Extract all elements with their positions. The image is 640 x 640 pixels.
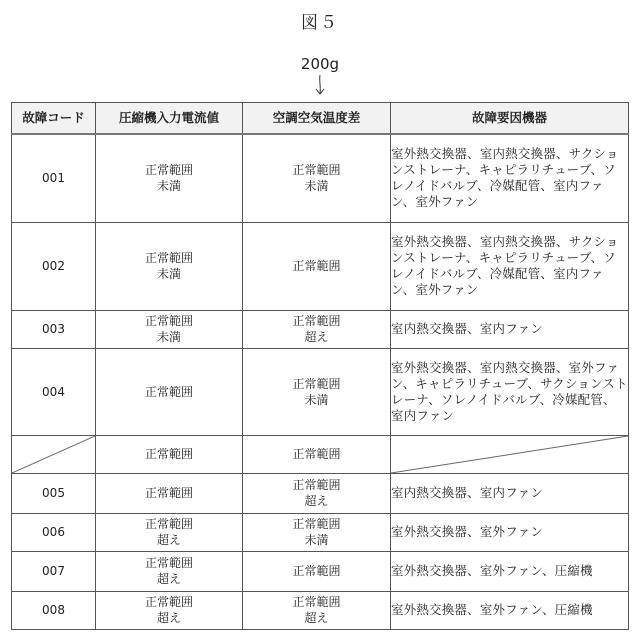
current-value: 正常範囲 [96,384,242,400]
temp-value: 正常範囲 [243,162,390,178]
fault-code-cell: 008 [12,591,96,629]
temp-value: 正常範囲 [243,258,390,274]
down-arrow-icon [313,74,327,96]
temp-cell: 正常範囲 超え [243,591,391,629]
temp-qualifier: 未満 [243,178,390,194]
fault-code-cell: 006 [12,513,96,551]
current-value: 正常範囲 [96,594,242,610]
fault-table: 故障コード 圧縮機入力電流値 空調空気温度差 故障要因機器 001 正常範囲 未… [11,102,629,630]
fault-code-cell: 007 [12,551,96,591]
temp-cell: 正常範囲 未満 [243,348,391,435]
temp-value: 正常範囲 [243,313,390,329]
temp-cell: 正常範囲 [243,222,391,310]
current-value: 正常範囲 [96,313,242,329]
temp-qualifier: 未満 [243,392,390,408]
diagonal-strike-line [391,436,628,473]
current-qualifier: 未満 [96,266,242,282]
current-qualifier: 超え [96,610,242,626]
temp-cell: 正常範囲 超え [243,310,391,348]
temp-cell: 正常範囲 超え [243,473,391,513]
table-row: 004 正常範囲 正常範囲 未満 室外熱交換器、室内熱交換器、室外ファン、キャピ… [12,348,629,435]
temp-qualifier: 超え [243,329,390,345]
temp-qualifier: 未満 [243,532,390,548]
fault-code-cell: 004 [12,348,96,435]
devices-cell: 室外熱交換器、室内熱交換器、サクションストレーナ、キャピラリチューブ、ソレノイド… [391,134,629,222]
temp-qualifier: 超え [243,493,390,509]
current-value: 正常範囲 [96,516,242,532]
reference-label: 200g [0,55,640,73]
table-header-row: 故障コード 圧縮機入力電流値 空調空気温度差 故障要因機器 [12,103,629,135]
current-cell: 正常範囲 未満 [96,310,243,348]
empty-devices-cell [391,435,629,473]
current-value: 正常範囲 [96,555,242,571]
current-cell: 正常範囲 超え [96,551,243,591]
header-compressor-current: 圧縮機入力電流値 [96,103,243,135]
temp-value: 正常範囲 [243,516,390,532]
figure-title: 図５ [0,8,640,33]
temp-value: 正常範囲 [243,477,390,493]
current-qualifier: 未満 [96,178,242,194]
current-value: 正常範囲 [96,250,242,266]
header-fault-devices: 故障要因機器 [391,103,629,135]
current-value: 正常範囲 [96,485,242,501]
diagonal-strike-line [12,436,95,473]
current-qualifier: 超え [96,571,242,587]
temp-value: 正常範囲 [243,594,390,610]
temp-cell: 正常範囲 [243,551,391,591]
empty-code-cell [12,435,96,473]
devices-cell: 室外熱交換器、室外ファン、圧縮機 [391,551,629,591]
temp-cell: 正常範囲 [243,435,391,473]
fault-code-cell: 002 [12,222,96,310]
table-row: 001 正常範囲 未満 正常範囲 未満 室外熱交換器、室内熱交換器、サクションス… [12,134,629,222]
devices-cell: 室外熱交換器、室外ファン [391,513,629,551]
devices-cell: 室外熱交換器、室内熱交換器、室外ファン、キャピラリチューブ、サクションストレーナ… [391,348,629,435]
devices-cell: 室外熱交換器、室外ファン、圧縮機 [391,591,629,629]
temp-value: 正常範囲 [243,563,390,579]
current-cell: 正常範囲 [96,473,243,513]
table-row: 005 正常範囲 正常範囲 超え 室内熱交換器、室内ファン [12,473,629,513]
table-row: 007 正常範囲 超え 正常範囲 室外熱交換器、室外ファン、圧縮機 [12,551,629,591]
table-row: 006 正常範囲 超え 正常範囲 未満 室外熱交換器、室外ファン [12,513,629,551]
temp-value: 正常範囲 [243,376,390,392]
current-cell: 正常範囲 [96,348,243,435]
devices-cell: 室内熱交換器、室内ファン [391,310,629,348]
temp-value: 正常範囲 [243,446,390,462]
current-qualifier: 超え [96,532,242,548]
fault-code-cell: 005 [12,473,96,513]
table-row-blank: 正常範囲 正常範囲 [12,435,629,473]
current-value: 正常範囲 [96,162,242,178]
current-cell: 正常範囲 [96,435,243,473]
current-value: 正常範囲 [96,446,242,462]
current-cell: 正常範囲 未満 [96,134,243,222]
table-row: 002 正常範囲 未満 正常範囲 室外熱交換器、室内熱交換器、サクションストレー… [12,222,629,310]
devices-cell: 室外熱交換器、室内熱交換器、サクションストレーナ、キャピラリチューブ、ソレノイド… [391,222,629,310]
temp-cell: 正常範囲 未満 [243,134,391,222]
header-air-temp-diff: 空調空気温度差 [243,103,391,135]
current-qualifier: 未満 [96,329,242,345]
current-cell: 正常範囲 超え [96,591,243,629]
table-row: 008 正常範囲 超え 正常範囲 超え 室外熱交換器、室外ファン、圧縮機 [12,591,629,629]
current-cell: 正常範囲 超え [96,513,243,551]
temp-cell: 正常範囲 未満 [243,513,391,551]
current-cell: 正常範囲 未満 [96,222,243,310]
fault-code-cell: 001 [12,134,96,222]
temp-qualifier: 超え [243,610,390,626]
header-fault-code: 故障コード [12,103,96,135]
fault-code-cell: 003 [12,310,96,348]
devices-cell: 室内熱交換器、室内ファン [391,473,629,513]
table-row: 003 正常範囲 未満 正常範囲 超え 室内熱交換器、室内ファン [12,310,629,348]
